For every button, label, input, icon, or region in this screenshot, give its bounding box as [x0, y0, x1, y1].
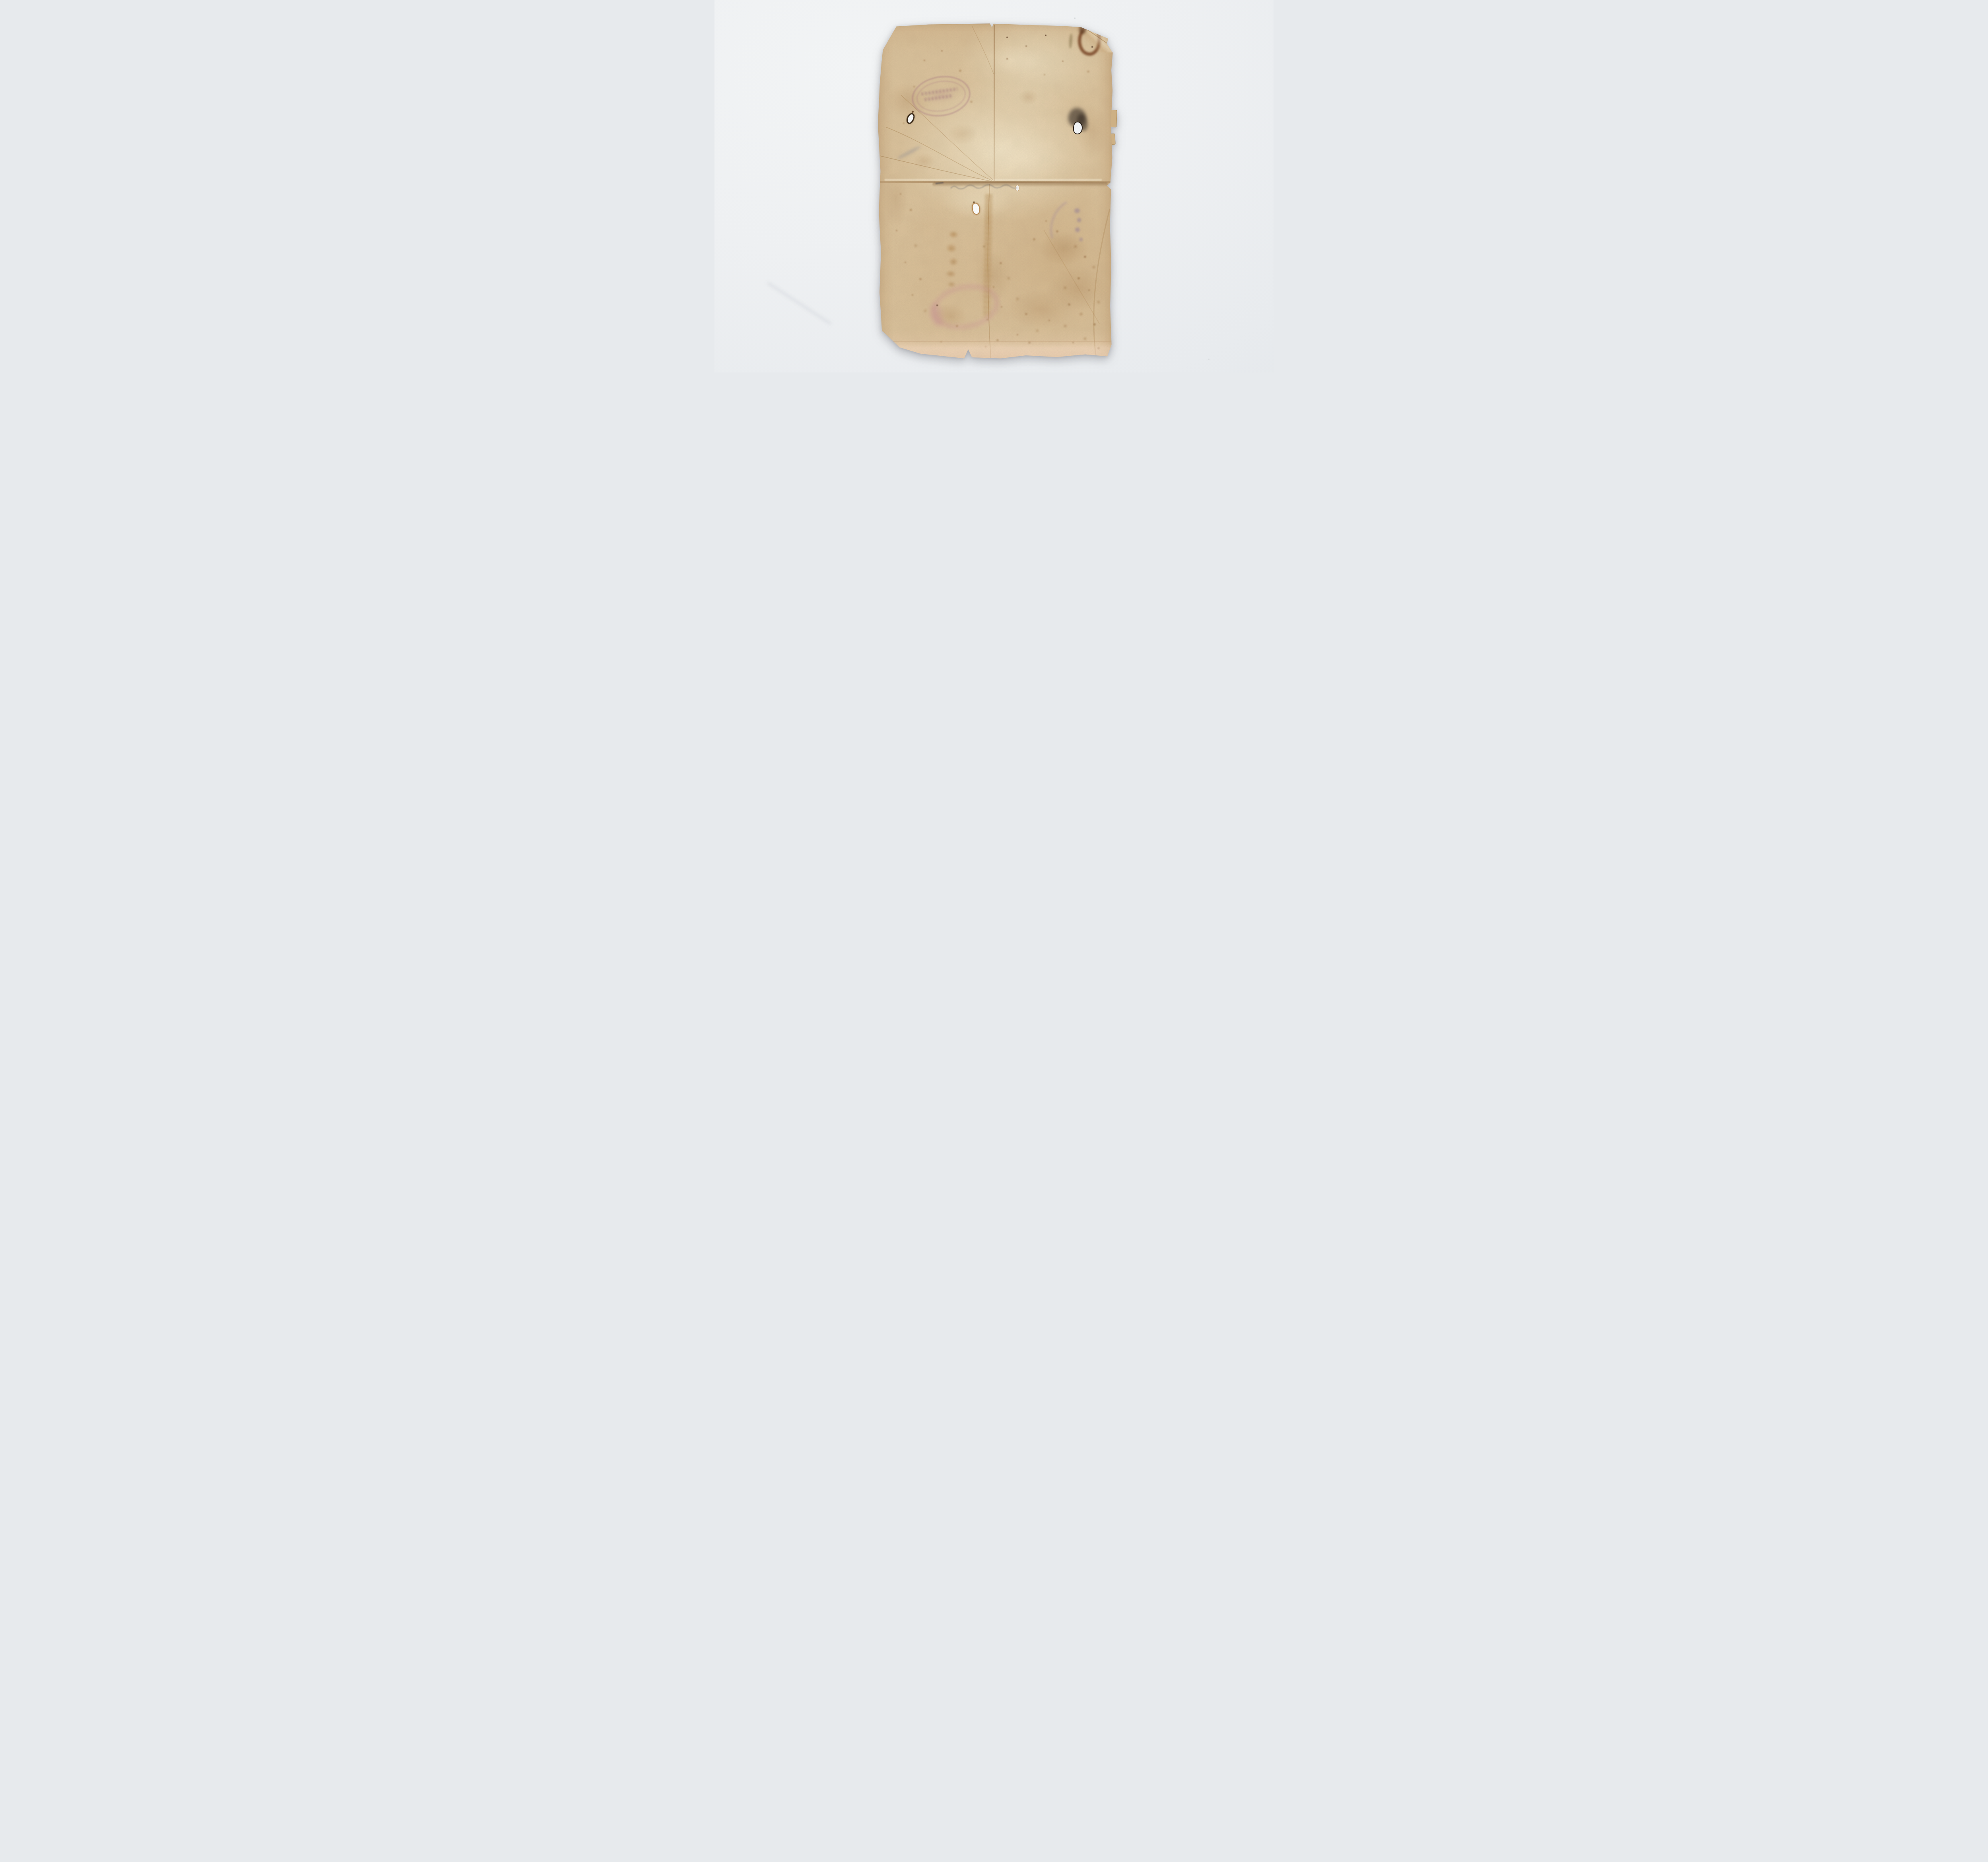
dust-speck — [1074, 17, 1076, 19]
paper-sheet — [877, 23, 1114, 360]
photo-caption: Photograph of the back of an old, heavil… — [714, 0, 715, 0]
background-streak — [767, 282, 832, 325]
foxing-spots — [877, 23, 878, 25]
photo-backdrop: Photograph of the back of an old, heavil… — [714, 0, 1274, 372]
paper-grain-texture — [877, 23, 1114, 360]
paper-photo — [877, 23, 1114, 360]
dust-speck — [1208, 359, 1209, 360]
